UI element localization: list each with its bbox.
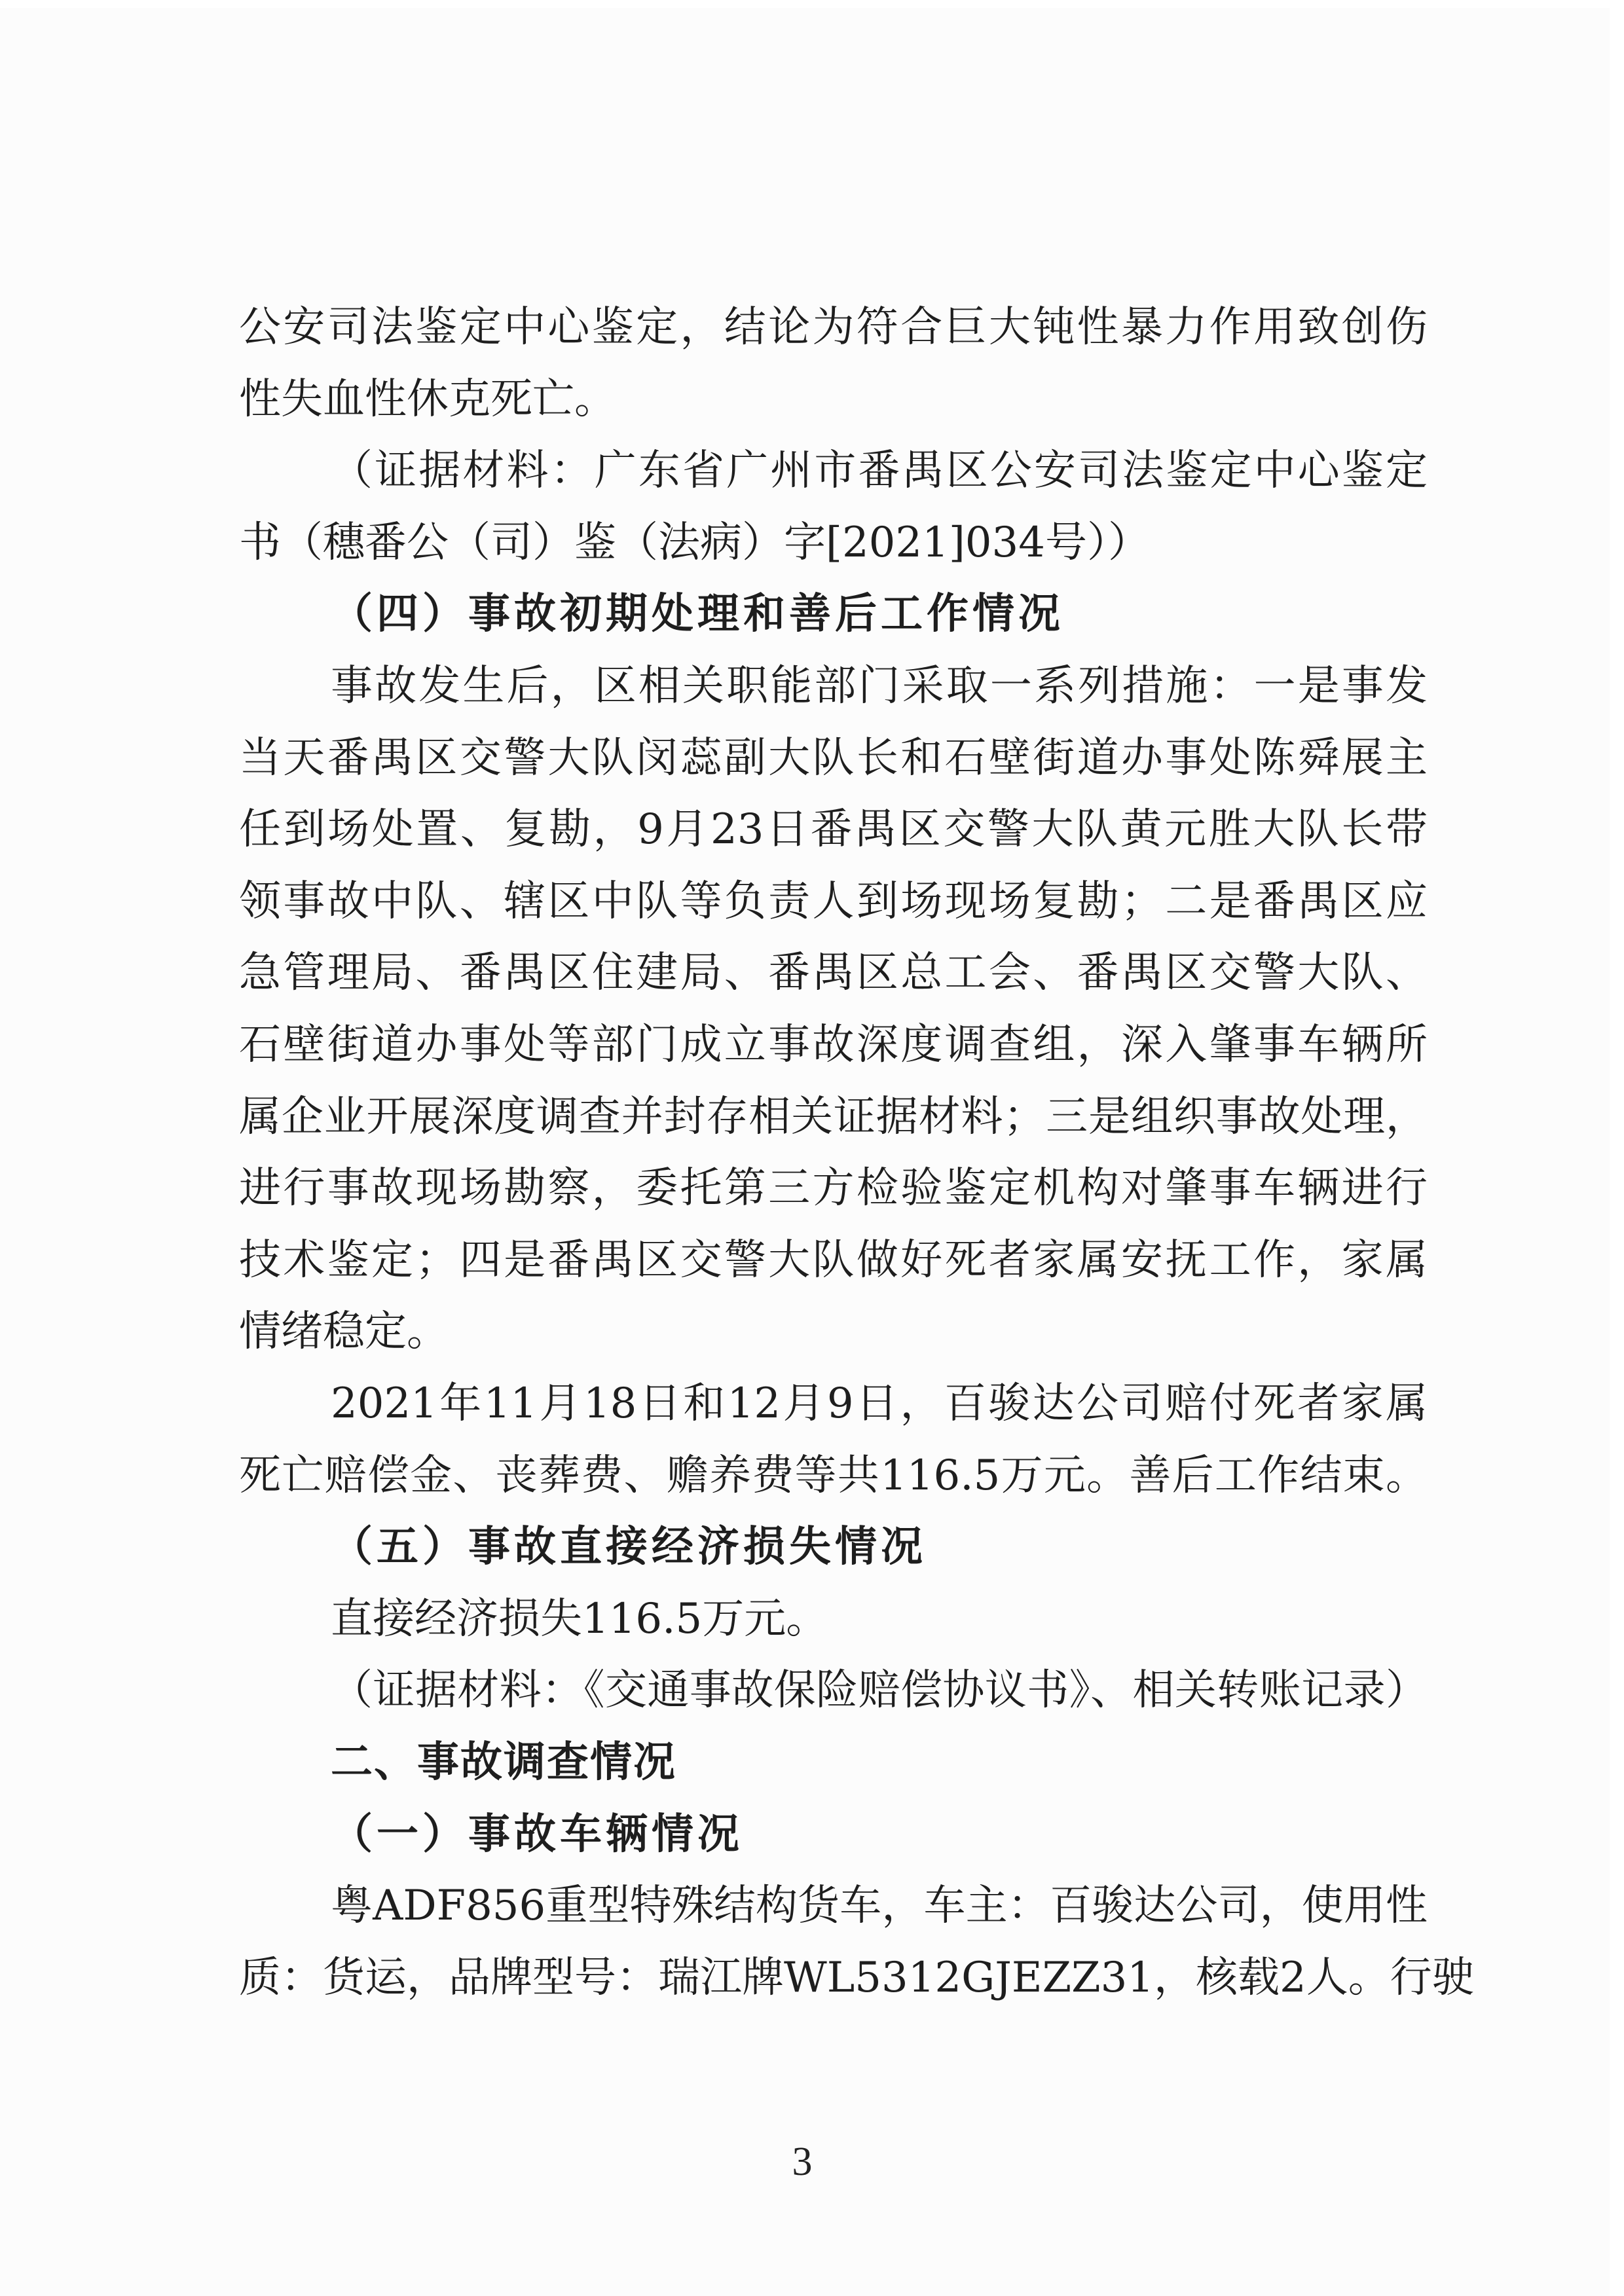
body-line: 属企业开展深度调查并封存相关证据材料；三是组织事故处理， (239, 1081, 1428, 1153)
page-number: 3 (779, 2136, 825, 2188)
body-line: 公安司法鉴定中心鉴定，结论为符合巨大钝性暴力作用致创伤 (239, 291, 1428, 363)
body-line: 死亡赔偿金、丧葬费、赡养费等共116.5万元。善后工作结束。 (239, 1440, 1428, 1512)
body-line: 直接经济损失116.5万元。 (239, 1583, 1428, 1655)
body-line: 性失血性休克死亡。 (239, 363, 1428, 435)
body-line: 石壁街道办事处等部门成立事故深度调查组，深入肇事车辆所 (239, 1009, 1428, 1081)
section-heading-5: （五）事故直接经济损失情况 (239, 1511, 1428, 1583)
body-line: 粤ADF856重型特殊结构货车，车主：百骏达公司，使用性 (239, 1870, 1428, 1942)
scan-edge-top (0, 0, 1624, 8)
scan-edge-right (1610, 0, 1624, 2296)
evidence-note-line: （证据材料：广东省广州市番禺区公安司法鉴定中心鉴定 (239, 435, 1428, 507)
evidence-note-line: （证据材料：《交通事故保险赔偿协议书》、相关转账记录） (239, 1654, 1428, 1726)
body-line: 质：货运，品牌型号：瑞江牌WL5312GJEZZ31，核载2人。行驶 (239, 1942, 1428, 2014)
body-line: 情绪稳定。 (239, 1296, 1428, 1368)
body-line: 进行事故现场勘察，委托第三方检验鉴定机构对肇事车辆进行 (239, 1152, 1428, 1224)
body-line: 领事故中队、辖区中队等负责人到场现场复勘；二是番禺区应 (239, 866, 1428, 938)
body-line: 当天番禺区交警大队闵蕊副大队长和石壁街道办事处陈舜展主 (239, 722, 1428, 794)
body-line: 技术鉴定；四是番禺区交警大队做好死者家属安抚工作，家属 (239, 1224, 1428, 1296)
document-page: 公安司法鉴定中心鉴定，结论为符合巨大钝性暴力作用致创伤 性失血性休克死亡。 （证… (0, 0, 1624, 2296)
section-heading-1: （一）事故车辆情况 (239, 1798, 1428, 1870)
evidence-note-line: 书（穗番公（司）鉴（法病）字[2021]034号）） (239, 507, 1428, 579)
body-line: 急管理局、番禺区住建局、番禺区总工会、番禺区交警大队、 (239, 937, 1428, 1009)
section-heading-4: （四）事故初期处理和善后工作情况 (239, 578, 1428, 650)
body-line: 任到场处置、复勘，9月23日番禺区交警大队黄元胜大队长带 (239, 793, 1428, 866)
body-line: 事故发生后，区相关职能部门采取一系列措施：一是事发 (239, 650, 1428, 722)
body-line: 2021年11月18日和12月9日，百骏达公司赔付死者家属 (239, 1368, 1428, 1440)
chapter-heading-2: 二、事故调查情况 (239, 1726, 1428, 1798)
